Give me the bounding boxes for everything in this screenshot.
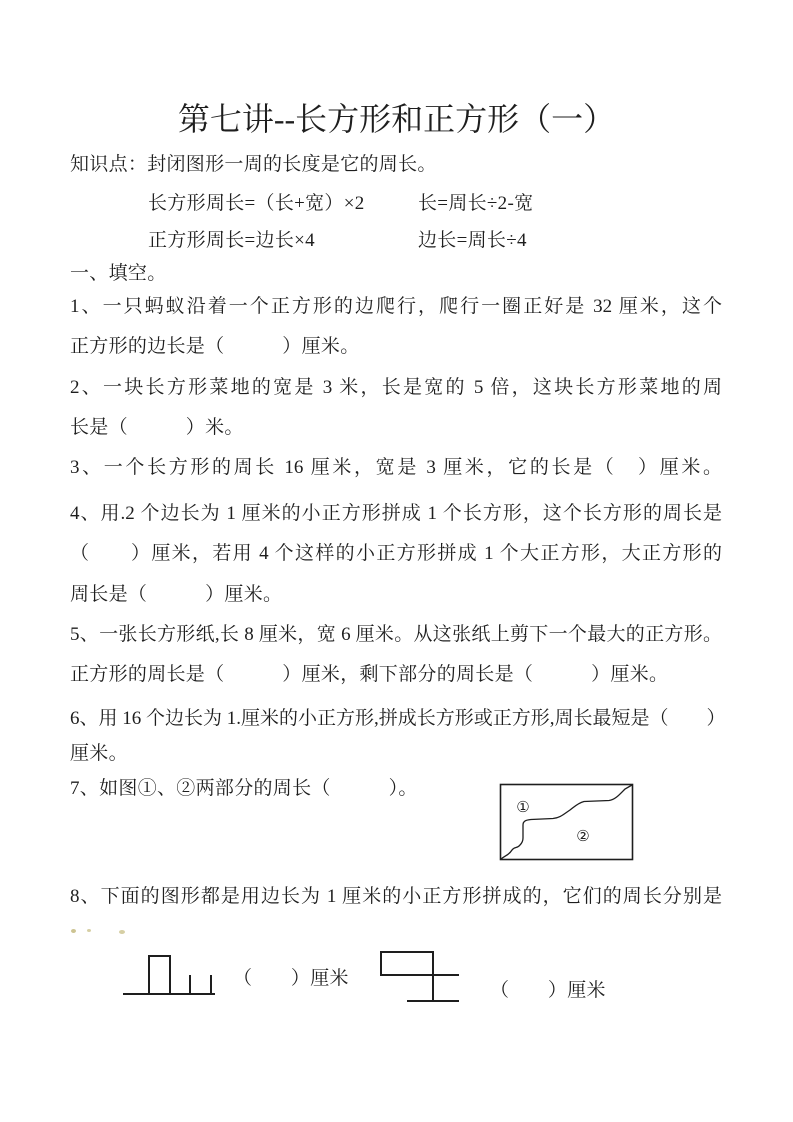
question-6-line-1: 6、用 16 个边长为 1.厘米的小正方形,拼成长方形或正方形,周长最短是（ ） xyxy=(70,707,722,731)
scan-artifact-dot xyxy=(87,929,91,932)
knowledge-point-text: 知识点：封闭图形一周的长度是它的周长。 xyxy=(70,153,437,177)
question-8-caption-left: （ ）厘米 xyxy=(233,967,349,991)
question-4-line-3: 周长是（ ）厘米。 xyxy=(70,583,282,607)
scan-artifact-dot xyxy=(71,929,76,933)
formula-rectangle-perimeter: 长方形周长=（长+宽）×2 xyxy=(148,192,365,216)
formula-rectangle-length: 长=周长÷2-宽 xyxy=(418,192,533,216)
scan-artifact-dot xyxy=(119,930,125,934)
question-7-figure: ① ② xyxy=(499,783,635,862)
question-8-line-1: 8、下面的图形都是用边长为 1 厘米的小正方形拼成的，它们的周长分别是 xyxy=(70,885,722,909)
formula-square-perimeter: 正方形周长=边长×4 xyxy=(148,229,315,253)
region-label-1: ① xyxy=(516,798,529,816)
question-2-line-1: 2、一块长方形菜地的宽是 3 米，长是宽的 5 倍，这块长方形菜地的周 xyxy=(70,376,722,400)
figure-border xyxy=(501,785,633,860)
question-1-line-2: 正方形的边长是（ ）厘米。 xyxy=(70,335,360,359)
question-5-line-2: 正方形的周长是（ ）厘米，剩下部分的周长是（ ）厘米。 xyxy=(70,663,668,687)
region-divider-curve xyxy=(501,785,632,859)
tall-square-column xyxy=(149,956,170,994)
question-5-line-1: 5、一张长方形纸,长 8 厘米，宽 6 厘米。从这张纸上剪下一个最大的正方形。 xyxy=(70,623,722,647)
region-label-2: ② xyxy=(576,827,589,845)
rectangle-outline xyxy=(381,952,433,975)
question-4-line-2: （ ）厘米，若用 4 个这样的小正方形拼成 1 个大正方形，大正方形的 xyxy=(70,542,722,566)
question-6-line-2: 厘米。 xyxy=(70,742,128,766)
question-2-line-2: 长是（ ）米。 xyxy=(70,416,244,440)
question-7-line-1: 7、如图①、②两部分的周长（ ）。 xyxy=(70,777,418,801)
question-4-line-1: 4、用.2 个边长为 1 厘米的小正方形拼成 1 个长方形，这个长方形的周长是 xyxy=(70,502,722,526)
question-8-figure-left xyxy=(120,950,220,998)
page-title: 第七讲--长方形和正方形（一） xyxy=(0,94,793,140)
question-8-figure-right xyxy=(378,948,463,1004)
question-8-caption-right: （ ）厘米 xyxy=(490,979,606,1003)
section-heading: 一、填空。 xyxy=(70,262,167,286)
formula-square-side: 边长=周长÷4 xyxy=(418,229,527,253)
question-3-line-1: 3、一个长方形的周长 16 厘米，宽是 3 厘米，它的长是（ ）厘米。 xyxy=(70,456,722,480)
question-1-line-1: 1、一只蚂蚁沿着一个正方形的边爬行，爬行一圈正好是 32 厘米，这个 xyxy=(70,295,722,319)
worksheet-page: 第七讲--长方形和正方形（一） 知识点：封闭图形一周的长度是它的周长。 长方形周… xyxy=(0,0,793,1122)
